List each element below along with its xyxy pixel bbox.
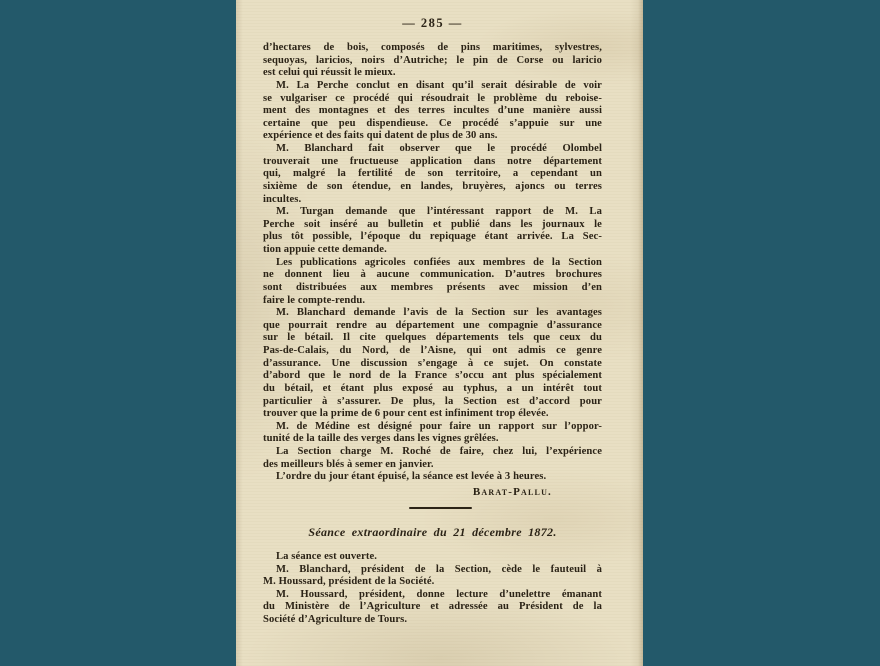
paragraph: La séance est ouverte. xyxy=(263,551,602,564)
text-line: La séance est ouverte. xyxy=(263,551,602,564)
paragraph: La Section charge M. Roché de faire, che… xyxy=(263,446,602,471)
text-line: M. Houssard, président, donne lecture d’… xyxy=(263,589,602,602)
paragraph: M. de Médine est désigné pour faire un r… xyxy=(263,421,602,446)
paragraph: M. Blanchard demande l’avis de la Sectio… xyxy=(263,307,602,421)
text-line: M. Houssard, président de la Société. xyxy=(263,576,602,589)
paragraph: M. Blanchard, président de la Section, c… xyxy=(263,564,602,589)
page-backdrop: — 285 — d’hectares de bois, composés de … xyxy=(0,0,880,666)
text-line: ne donnent lieu à aucune communication. … xyxy=(263,269,602,282)
paragraph: L’ordre du jour étant épuisé, la séance … xyxy=(263,471,602,484)
text-line: qui, malgré la fertilité de son territoi… xyxy=(263,168,602,181)
text-line: Perche soit inséré au bulletin et publié… xyxy=(263,219,602,232)
text-line: tion appuie cette demande. xyxy=(263,244,602,257)
text-line: sur le bétail. Il cite quelques départem… xyxy=(263,332,602,345)
paragraph: d’hectares de bois, composés de pins mar… xyxy=(263,42,602,80)
session-paragraphs: La séance est ouverte.M. Blanchard, prés… xyxy=(263,551,602,627)
paragraph: M. Houssard, président, donne lecture d’… xyxy=(263,589,602,627)
section-separator xyxy=(409,507,472,509)
text-line: sixième de son étendue, en landes, bruyè… xyxy=(263,181,602,194)
text-line: M. Blanchard, président de la Section, c… xyxy=(263,564,602,577)
text-line: d’hectares de bois, composés de pins mar… xyxy=(263,42,602,55)
text-line: faire le compte-rendu. xyxy=(263,295,602,308)
text-line: M. La Perche conclut en disant qu’il ser… xyxy=(263,80,602,93)
session-heading: Séance extraordinaire du 21 décembre 187… xyxy=(263,525,602,540)
text-line: trouver que la prime de 6 pour cent est … xyxy=(263,408,602,421)
text-line: se vulgariser ce procédé qui résoudrait … xyxy=(263,93,602,106)
text-line: du bétail, et étant plus exposé au typhu… xyxy=(263,383,602,396)
text-line: M. Blanchard demande l’avis de la Sectio… xyxy=(263,307,602,320)
text-line: plus tôt possible, l’époque du repiquage… xyxy=(263,231,602,244)
signature: Barat-Pallu. xyxy=(263,486,602,500)
text-line: que pourrait rendre au département une c… xyxy=(263,320,602,333)
text-line: des meilleurs blés à semer en janvier. xyxy=(263,459,602,472)
text-line: sont distribuées aux membres présents av… xyxy=(263,282,602,295)
text-line: M. Blanchard fait observer que le procéd… xyxy=(263,143,602,156)
text-line: particulier à s’assurer. De plus, la Sec… xyxy=(263,396,602,409)
scanned-page: — 285 — d’hectares de bois, composés de … xyxy=(236,0,643,666)
text-line: La Section charge M. Roché de faire, che… xyxy=(263,446,602,459)
text-line: L’ordre du jour étant épuisé, la séance … xyxy=(263,471,602,484)
page-text-column: — 285 — d’hectares de bois, composés de … xyxy=(263,16,602,627)
text-line: sequoyas, laricios, noirs d’Autriche; le… xyxy=(263,55,602,68)
text-line: Pas-de-Calais, du Nord, de l’Aisne, qui … xyxy=(263,345,602,358)
text-line: du Ministère de l’Agriculture et adressé… xyxy=(263,601,602,614)
paragraph: Les publications agricoles confiées aux … xyxy=(263,257,602,308)
text-line: expérience et des faits qui datent de pl… xyxy=(263,130,602,143)
text-line: trouverait une fructueuse application da… xyxy=(263,156,602,169)
paragraph: M. Turgan demande que l’intéressant rapp… xyxy=(263,206,602,257)
paragraph: M. Blanchard fait observer que le procéd… xyxy=(263,143,602,206)
text-line: M. de Médine est désigné pour faire un r… xyxy=(263,421,602,434)
body-paragraphs: d’hectares de bois, composés de pins mar… xyxy=(263,42,602,484)
paragraph: M. La Perche conclut en disant qu’il ser… xyxy=(263,80,602,143)
text-line: ment des montagnes et des terres inculte… xyxy=(263,105,602,118)
page-number: — 285 — xyxy=(263,16,602,32)
text-line: certaine que peu dispendieuse. Ce procéd… xyxy=(263,118,602,131)
text-line: est celui qui réussit le mieux. xyxy=(263,67,602,80)
text-line: incultes. xyxy=(263,194,602,207)
text-line: d’abord que le nord de la France s’occu … xyxy=(263,370,602,383)
text-line: Société d’Agriculture de Tours. xyxy=(263,614,602,627)
text-line: M. Turgan demande que l’intéressant rapp… xyxy=(263,206,602,219)
text-line: Les publications agricoles confiées aux … xyxy=(263,257,602,270)
text-line: d’assurance. Une discussion s’engage à c… xyxy=(263,358,602,371)
text-line: tunité de la taille des verges dans les … xyxy=(263,433,602,446)
